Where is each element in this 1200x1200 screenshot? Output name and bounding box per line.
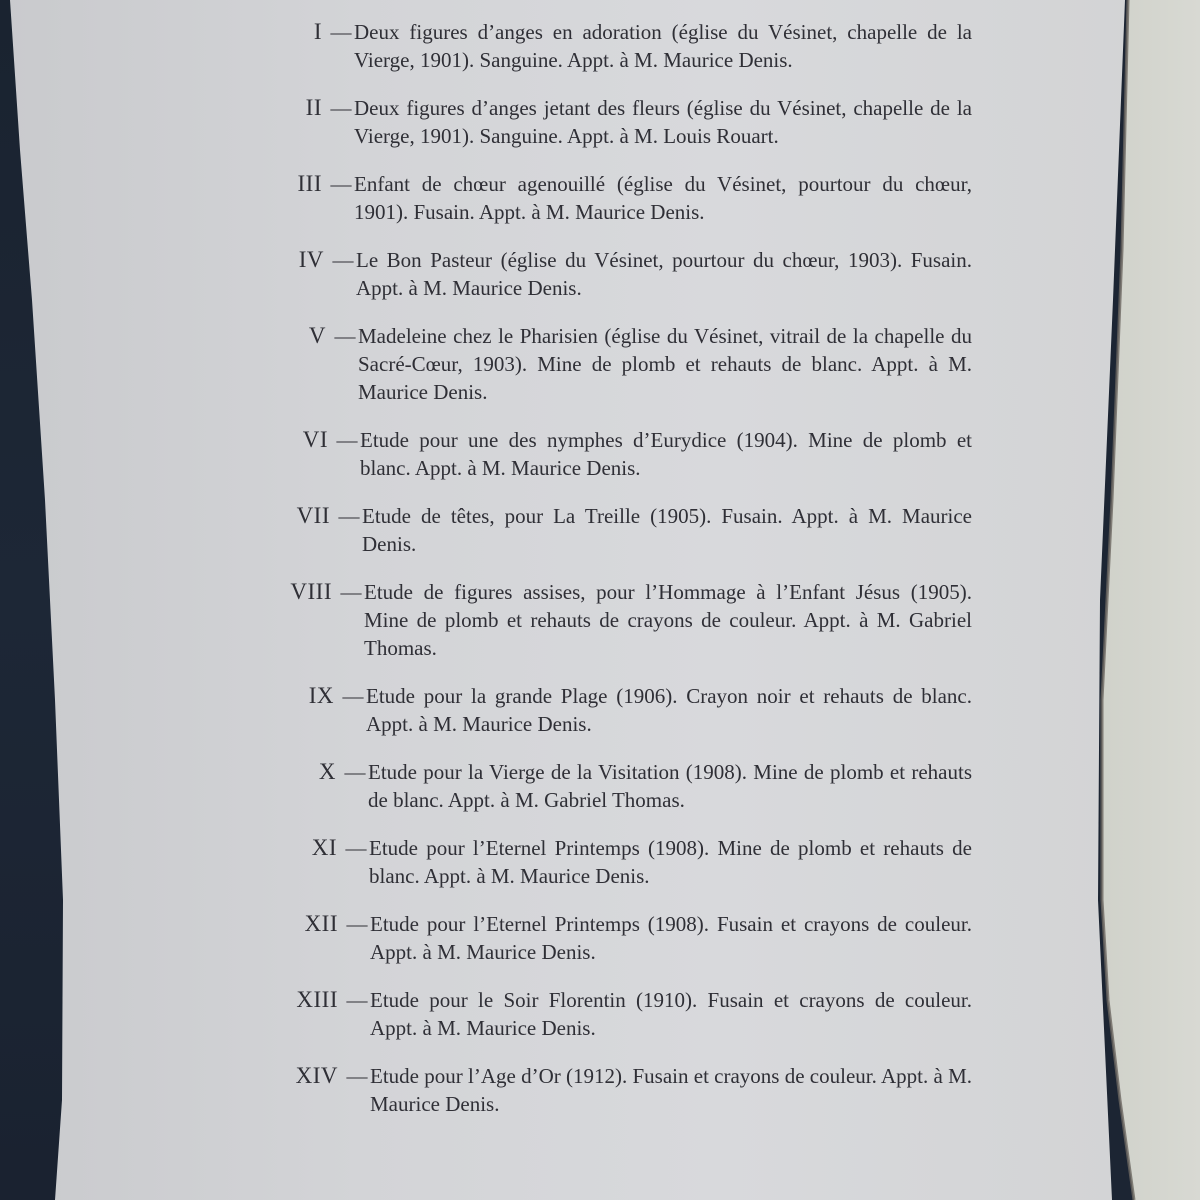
entry-dash: —	[344, 986, 370, 1042]
list-item: III — Enfant de chœur agenouillé (église…	[250, 170, 980, 226]
entry-text: Etude pour une des nymphes d’Eurydice (1…	[360, 426, 980, 482]
entry-text: Etude pour l’Age d’Or (1912). Fusain et …	[370, 1062, 980, 1118]
entry-dash: —	[340, 682, 366, 738]
entry-numeral: X	[264, 758, 342, 814]
entry-numeral: III	[250, 170, 328, 226]
entry-dash: —	[336, 502, 362, 558]
entry-text: Etude pour la Vierge de la Visitation (1…	[368, 758, 980, 814]
entry-text: Enfant de chœur agenouillé (église du Vé…	[354, 170, 980, 226]
entry-dash: —	[328, 170, 354, 226]
entry-text: Etude pour l’Eternel Printemps (1908). F…	[370, 910, 980, 966]
entry-numeral: XIII	[266, 986, 344, 1042]
list-item: V — Madeleine chez le Pharisien (église …	[254, 322, 980, 406]
entry-text: Deux figures d’anges jetant des fleurs (…	[354, 94, 980, 150]
entry-text: Deux figures d’anges en adoration (églis…	[354, 18, 980, 74]
entry-dash: —	[328, 94, 354, 150]
entry-text: Etude de figures assises, pour l’Hommage…	[364, 578, 980, 662]
list-item: VI — Etude pour une des nymphes d’Eurydi…	[256, 426, 980, 482]
list-item: IV — Le Bon Pasteur (église du Vésinet, …	[252, 246, 980, 302]
entry-text: Le Bon Pasteur (église du Vésinet, pourt…	[356, 246, 980, 302]
entry-numeral: IV	[252, 246, 330, 302]
entry-text: Etude pour le Soir Florentin (1910). Fus…	[370, 986, 980, 1042]
entry-dash: —	[328, 18, 354, 74]
entry-dash: —	[332, 322, 358, 406]
catalogue-list: I — Deux figures d’anges en adoration (é…	[250, 18, 980, 1138]
entry-numeral: VIII	[260, 578, 338, 662]
list-item: XI — Etude pour l’Eternel Printemps (190…	[265, 834, 980, 890]
entry-dash: —	[338, 578, 364, 662]
entry-numeral: VI	[256, 426, 334, 482]
entry-text: Etude pour la grande Plage (1906). Crayo…	[366, 682, 980, 738]
list-item: XIV — Etude pour l’Age d’Or (1912). Fusa…	[266, 1062, 980, 1118]
entry-numeral: VII	[258, 502, 336, 558]
list-item: XII — Etude pour l’Eternel Printemps (19…	[266, 910, 980, 966]
list-item: VII — Etude de têtes, pour La Treille (1…	[258, 502, 980, 558]
list-item: I — Deux figures d’anges en adoration (é…	[250, 18, 980, 74]
entry-text: Etude de têtes, pour La Treille (1905). …	[362, 502, 980, 558]
entry-dash: —	[344, 1062, 370, 1118]
entry-numeral: I	[250, 18, 328, 74]
entry-text: Etude pour l’Eternel Printemps (1908). M…	[369, 834, 980, 890]
entry-numeral: XI	[265, 834, 343, 890]
entry-numeral: IX	[262, 682, 340, 738]
list-item: IX — Etude pour la grande Plage (1906). …	[262, 682, 980, 738]
entry-dash: —	[342, 758, 368, 814]
entry-numeral: XIV	[266, 1062, 344, 1118]
entry-numeral: V	[254, 322, 332, 406]
document-page: I — Deux figures d’anges en adoration (é…	[0, 0, 1200, 1200]
list-item: X — Etude pour la Vierge de la Visitatio…	[264, 758, 980, 814]
entry-dash: —	[330, 246, 356, 302]
list-item: VIII — Etude de figures assises, pour l’…	[260, 578, 980, 662]
list-item: XIII — Etude pour le Soir Florentin (191…	[266, 986, 980, 1042]
entry-text: Madeleine chez le Pharisien (église du V…	[358, 322, 980, 406]
entry-numeral: XII	[266, 910, 344, 966]
entry-dash: —	[343, 834, 369, 890]
entry-numeral: II	[250, 94, 328, 150]
entry-dash: —	[344, 910, 370, 966]
list-item: II — Deux figures d’anges jetant des fle…	[250, 94, 980, 150]
entry-dash: —	[334, 426, 360, 482]
